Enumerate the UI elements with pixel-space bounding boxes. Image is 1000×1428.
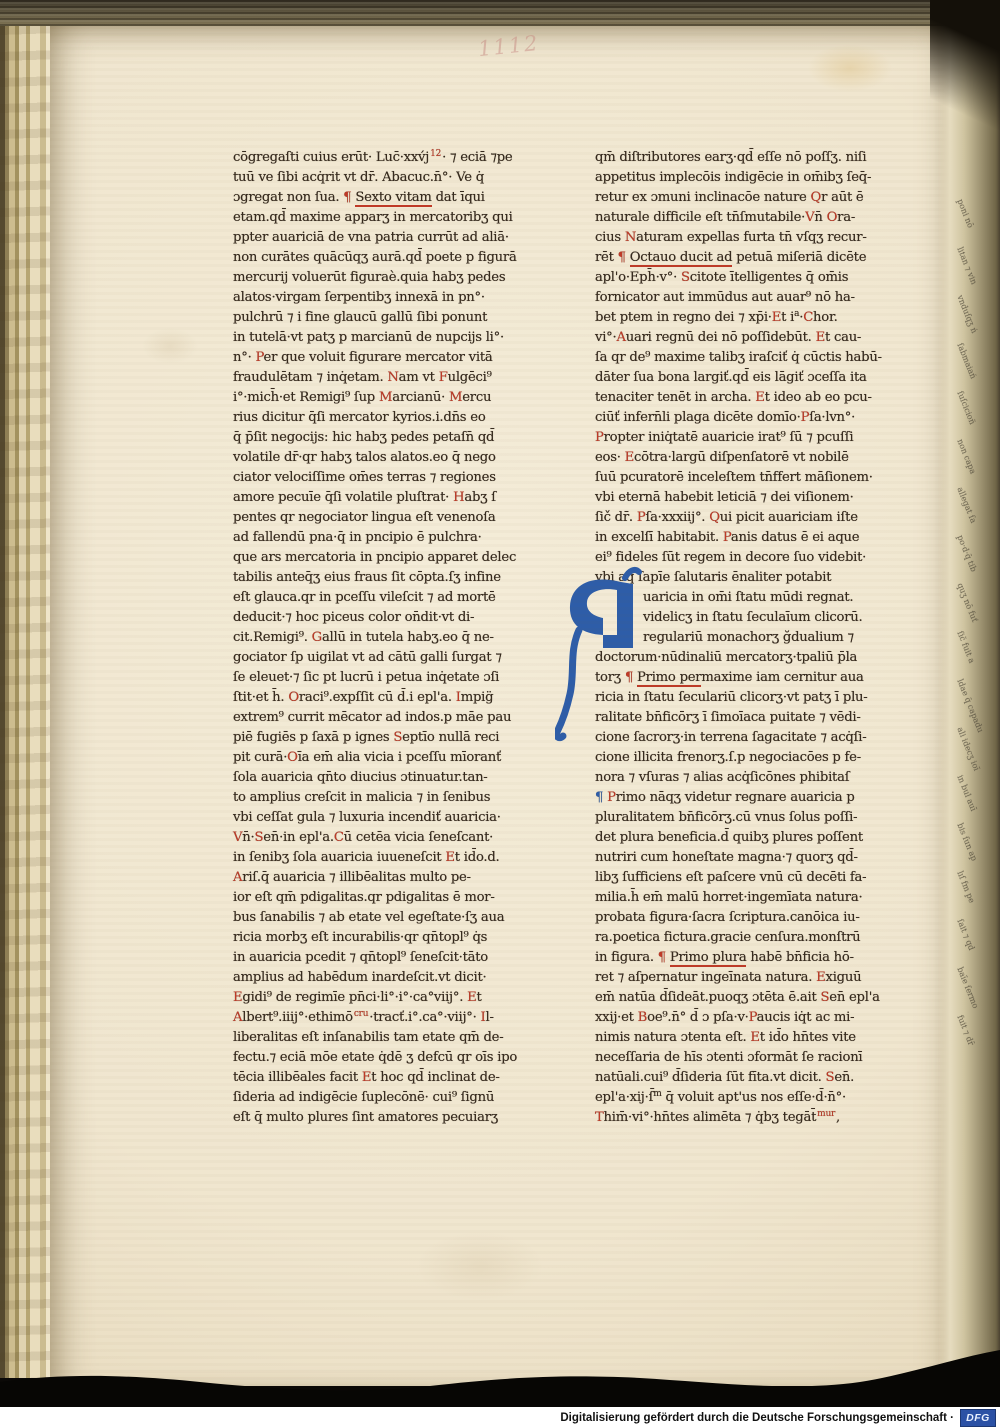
text-line: ɔgregat non ſua. ¶ Sexto vitam dat īqui bbox=[233, 188, 569, 208]
fore-edge-line: ali idecʒ ioī bbox=[954, 726, 983, 778]
text-line: tuū ve ſibi acq̇rit vt dr̄. Abacuc.n̄°· … bbox=[233, 168, 569, 188]
text-line: ppter auariciā de vna patria currūt ad a… bbox=[233, 228, 569, 248]
text-line: in ſenibʒ ſola auaricia iuueneſcit Et id… bbox=[233, 848, 569, 868]
text-line: alatos·virgam ſerpentibʒ innexā in pn°· bbox=[233, 288, 569, 308]
text-line: piē fugiēs p ſaxā p ignes Septīo nullā r… bbox=[233, 728, 569, 748]
handwritten-folio-note: 1112 bbox=[477, 31, 541, 61]
text-line: ſič dr̄. Pſa·xxxiij°. Qui picit auaricia… bbox=[595, 508, 931, 528]
text-line: etam.qd̄ maxime apparʒ in mercatoribʒ qu… bbox=[233, 208, 569, 228]
text-line: pit curā·Oīa em̄ alia vicia i pceſſu mīo… bbox=[233, 748, 569, 768]
text-line: tabilis anteq̄ʒ eius fraus ſit cōpta.ſʒ … bbox=[233, 568, 569, 588]
text-line: nutriri cum honeſtate magna·⁊ quorʒ qd̄- bbox=[595, 848, 931, 868]
text-line: ret ⁊ aſpernatur ingeīnata natura. Exigu… bbox=[595, 968, 931, 988]
text-line: in auaricia pcedit ⁊ qn̄topl⁹ ſeneſcit·t… bbox=[233, 948, 569, 968]
photo-dark-corner bbox=[930, 0, 1000, 170]
text-line: Propter iniq̇tatē auaricie irat⁹ ſū ⁊ pc… bbox=[595, 428, 931, 448]
right-column-lower-lines: doctorum·nūdinaliū mercatorʒ·tpaliū p̄la… bbox=[595, 648, 931, 1128]
text-line: qm̄ diſtributores earʒ·qd̄ eſſe nō poſſʒ… bbox=[595, 148, 931, 168]
digitization-footer: Digitalisierung gefördert durch die Deut… bbox=[0, 1407, 1000, 1428]
text-line: tēcia illibēales facit Et hoc qd̄ inclin… bbox=[233, 1068, 569, 1088]
text-line: vbi aq̄ ſapīe ſalutaris ēnaliter potabit bbox=[595, 568, 931, 588]
text-line: dāter ſua bona largiť.qd̄ eis lāgiť ɔceſ… bbox=[595, 368, 931, 388]
text-line: pulchrū ⁊ i fine glaucū gallū ſibi ponun… bbox=[233, 308, 569, 328]
text-line: doctorum·nūdinaliū mercatorʒ·tpaliū p̄la bbox=[595, 648, 931, 668]
text-line: to amplius creſcit in malicia ⁊ in ſenib… bbox=[233, 788, 569, 808]
text-line: vbi eternā habebit leticiā ⁊ dei viſione… bbox=[595, 488, 931, 508]
text-line: apl'o·Eph̄·v°· Scitote ītelligentes q̄ o… bbox=[595, 268, 931, 288]
text-line: q̄ p̄ſit negocijs: hic habʒ pedes petaſn… bbox=[233, 428, 569, 448]
text-line: rēt ¶ Octauo ducit ad petuā miſeriā dicē… bbox=[595, 248, 931, 268]
text-line: ¶ Primo nāqʒ videtur regnare auaricia p bbox=[595, 788, 931, 808]
text-line: vi°·Auari regnū dei nō poſſidebūt. Et ca… bbox=[595, 328, 931, 348]
initial-indented-lines: uaricia in om̄i ſtatu mūdi regnat.videli… bbox=[595, 588, 931, 648]
fore-edge-line: non capa bbox=[954, 438, 983, 490]
text-line: eſt glauca.qr in pceſſu vileſcit ⁊ ad mo… bbox=[233, 588, 569, 608]
text-line: naturale difficile eſt tn̄ſmutabile·Vn̄ … bbox=[595, 208, 931, 228]
right-text-column: qm̄ diſtributores earʒ·qd̄ eſſe nō poſſʒ… bbox=[595, 148, 931, 1128]
text-line: ior eſt qm̄ pdigalitas.qr pdigalitas ē m… bbox=[233, 888, 569, 908]
illuminated-initial-block: uaricia in om̄i ſtatu mūdi regnat.videli… bbox=[595, 588, 931, 648]
text-line: i°·mich̄·et Remigi⁹ ſup Marcianū· Mercu bbox=[233, 388, 569, 408]
text-line: eſt q̄ multo plures ſint amatores pecuia… bbox=[233, 1108, 569, 1128]
text-line: ſuū pcuratorē inceleſtem tn̄ffert māſion… bbox=[595, 468, 931, 488]
text-line: deducit·⁊ hoc piceus color on̄dit·vt di- bbox=[233, 608, 569, 628]
text-line: uaricia in om̄i ſtatu mūdi regnat. bbox=[595, 588, 931, 608]
fore-edge-line: lıſ fm pe bbox=[954, 870, 983, 922]
fore-edge-line: quʒ nō fuť bbox=[954, 582, 983, 634]
fore-edge-line: ſič fuit a bbox=[954, 630, 983, 682]
manuscript-page: 1112 cōgregaſti cuius erūt· Luc̄·xxv́j12… bbox=[50, 26, 950, 1386]
text-line: ſola auaricia qn̄to diucius ɔtinuatur.ta… bbox=[233, 768, 569, 788]
text-line: cione ſacrorʒ·in terrena ſagacitate ⁊ ac… bbox=[595, 728, 931, 748]
text-line: Albert⁹.iiij°·ethimōcru·tracť.i°.ca°·vii… bbox=[233, 1008, 569, 1028]
text-line: pentes qr negociator lingua eſt venenoſa bbox=[233, 508, 569, 528]
text-line: probata figura·ſacra ſcriptura.canōica i… bbox=[595, 908, 931, 928]
text-line: tenaciter tenēt in archa. Et ideo ab eo … bbox=[595, 388, 931, 408]
text-line: libʒ ſufficiens eſt paſcere vnū cū decēt… bbox=[595, 868, 931, 888]
text-line: ad fallendū pna·q̄ in pncipio ē pulchra· bbox=[233, 528, 569, 548]
text-line: cius Naturam expellas furta tn̄ vſqʒ rec… bbox=[595, 228, 931, 248]
text-line: extrem⁹ currit mēcator ad indos.p māe pa… bbox=[233, 708, 569, 728]
next-page-fore-edge: poni nōlitan ⁊ vinvnduſqʒ ńſabmaiańſuſci… bbox=[938, 26, 1000, 1386]
fore-edge-line: bis ſun ap bbox=[954, 822, 983, 874]
text-line: nimis natura ɔtenta eſt. Et id̄o hn̄tes … bbox=[595, 1028, 931, 1048]
text-line: em̄ natūa d̄ſideāt.puoqʒ ɔtēta ē.ait Sen… bbox=[595, 988, 931, 1008]
fore-edge-line: vnduſqʒ ń bbox=[954, 294, 983, 346]
fore-edge-line: litan ⁊ vin bbox=[954, 246, 983, 298]
text-line: ciūť infern̄li plaga dicēte domīo·Pſa·lv… bbox=[595, 408, 931, 428]
text-line: torʒ ¶ Primo permaxime iam cernitur aua bbox=[595, 668, 931, 688]
page-bottom-shadow bbox=[0, 1336, 1000, 1408]
fore-edge-angled-text: poni nōlitan ⁊ vinvnduſqʒ ńſabmaiańſuſci… bbox=[946, 176, 998, 1078]
text-line: pluralitatem bn̄ficōrʒ.cū vnus ſolus poſ… bbox=[595, 808, 931, 828]
fore-edge-line: ſabmaiań bbox=[954, 342, 983, 394]
text-line: neceſſaria de hīs ɔtenti ɔformāt ſe raci… bbox=[595, 1048, 931, 1068]
text-line: in excelſī habitabit. Panis datus ē ei a… bbox=[595, 528, 931, 548]
text-line: Egidi⁹ de regimīe pn̄ci·li°·i°·ca°viij°.… bbox=[233, 988, 569, 1008]
text-line: rius dicitur q̄ſi mercator kyrios.i.dn̄s… bbox=[233, 408, 569, 428]
text-line: ricia in ſtatu ſeculariū clicorʒ·vt patʒ… bbox=[595, 688, 931, 708]
text-line: milia.h̄ em̄ malū horret·ingemīata natur… bbox=[595, 888, 931, 908]
text-line: Thim̄·vi°·hn̄tes alimēta ⁊ q̇bʒ tegāt̄mu… bbox=[595, 1108, 931, 1128]
fore-edge-line: in bul auī bbox=[954, 774, 983, 826]
text-line: vbi ceſſat gula ⁊ luxuria incendiť auari… bbox=[233, 808, 569, 828]
text-line: ſideria ad indigēcie ſuplecōnē· cui⁹ ſig… bbox=[233, 1088, 569, 1108]
text-line: ſtit·et h̄. Oraci⁹.expſſit cū d̄.i epl'a… bbox=[233, 688, 569, 708]
text-line: liberalitas eſt inſanabilis tam etate qm… bbox=[233, 1028, 569, 1048]
fore-edge-line: fuit ⁊ dr̄ bbox=[954, 1014, 983, 1066]
text-line: fraudulētam ⁊ inq̇etam. Nam vt Fulgēci⁹ bbox=[233, 368, 569, 388]
book-binding-gutter bbox=[0, 26, 56, 1378]
text-line: bus ſanabilis ⁊ ab etate vel egeſtate·ſʒ… bbox=[233, 908, 569, 928]
text-line: retur ex ɔmuni inclinacōe nature Qr aūt … bbox=[595, 188, 931, 208]
text-line: fectu.⁊ eciā mōe etate q̇dē ʒ defcū qr o… bbox=[233, 1048, 569, 1068]
fore-edge-line: ſuſcicioñ bbox=[954, 390, 983, 442]
text-line: bet ptem in regno dei ⁊ xp̄i·Et ia·Chor. bbox=[595, 308, 931, 328]
text-line: amore pecuīe q̄ſi volatile pluſtrat· Hab… bbox=[233, 488, 569, 508]
text-line: videlicʒ in ſtatu ſeculaīum clicorū. bbox=[595, 608, 931, 628]
text-line: volatile dr̄·qr habʒ talos alatos.eo q̄ … bbox=[233, 448, 569, 468]
text-line: ricia morbʒ eſt incurabilis·qr qn̄topl⁹ … bbox=[233, 928, 569, 948]
text-line: cit.Remigi⁹. Gallū in tutela habʒ.eo q̄ … bbox=[233, 628, 569, 648]
text-line: in tutelā·vt patʒ p marcianū de nupcijs … bbox=[233, 328, 569, 348]
text-line: n°· Per que voluit figurare mercator vit… bbox=[233, 348, 569, 368]
dfg-logo: DFG bbox=[960, 1409, 996, 1427]
text-line: appetitus implecōis indigēcie in om̄ibʒ … bbox=[595, 168, 931, 188]
text-line: nora ⁊ vſuras ⁊ alias acq̇ſicōnes phibit… bbox=[595, 768, 931, 788]
text-line: ralitate bn̄ficōrʒ ī ſimoīaca puitate ⁊ … bbox=[595, 708, 931, 728]
text-line: eos· Ecōtra·largū diſpenſatorē vt nobilē bbox=[595, 448, 931, 468]
text-line: regulariū monachorʒ ğdualium ⁊ bbox=[595, 628, 931, 648]
fore-edge-line: ſait ⁊ qd bbox=[954, 918, 983, 970]
right-column-upper-lines: qm̄ diſtributores earʒ·qd̄ eſſe nō poſſʒ… bbox=[595, 148, 931, 588]
fore-edge-line: poni nō bbox=[954, 198, 983, 250]
text-line: Vn̄·Sen̄·in epl'a.Cū cetēa vicia ſeneſca… bbox=[233, 828, 569, 848]
text-line: epl'a·xij·ſ̄m q̄ voluit apt'us nos eſſe·… bbox=[595, 1088, 931, 1108]
text-line: in figura. ¶ Primo plura habē bn̄ficia h… bbox=[595, 948, 931, 968]
text-line: non curātes quācūqʒ aurā.qd̄ poete p fig… bbox=[233, 248, 569, 268]
text-line: ei⁹ fideles ſūt regem in decore ſuo vide… bbox=[595, 548, 931, 568]
fore-edge-line: ldae q̄ capadu bbox=[954, 678, 983, 730]
fore-edge-line: allegat ſa bbox=[954, 486, 983, 538]
text-line: xxij·et Boe⁹.n̄° d̄ ɔ pſa·v·Paucis iq̇t … bbox=[595, 1008, 931, 1028]
text-line: ra.poetica fictura.gracie cenſura.monſtr… bbox=[595, 928, 931, 948]
fore-edge-line: po·d·q̄ tib bbox=[954, 534, 983, 586]
text-line: fornicator aut immūdus aut auar⁹ nō ha- bbox=[595, 288, 931, 308]
left-text-column: cōgregaſti cuius erūt· Luc̄·xxv́j12· ⁊ e… bbox=[233, 148, 569, 1128]
text-line: cione illicita frenorʒ.ſ.p negociacōes p… bbox=[595, 748, 931, 768]
text-line: det plura beneficia.d̄ quibʒ plures poſſ… bbox=[595, 828, 931, 848]
text-line: ciator velociſſime om̄es terras ⁊ region… bbox=[233, 468, 569, 488]
text-line: que ars mercatoria in pncipio apparet de… bbox=[233, 548, 569, 568]
text-line: ſe eleuet·⁊ ſic pt lucrū i petua inq̇eta… bbox=[233, 668, 569, 688]
text-line: Ariſ.q̄ auaricia ⁊ illibēalitas multo pe… bbox=[233, 868, 569, 888]
text-line: mercurij voluerūt figuraè.quia habʒ pede… bbox=[233, 268, 569, 288]
digitization-credit-text: Digitalisierung gefördert durch die Deut… bbox=[560, 1412, 954, 1424]
text-line: cōgregaſti cuius erūt· Luc̄·xxv́j12· ⁊ e… bbox=[233, 148, 569, 168]
text-line: ſa qr de⁹ maxime talibʒ iraſciť q̇ cūcti… bbox=[595, 348, 931, 368]
text-line: gociator ſp uigilat vt ad cātū galli ſur… bbox=[233, 648, 569, 668]
text-line: amplius ad habēdum inardeſcit.vt dicit· bbox=[233, 968, 569, 988]
scanned-manuscript-photo: 1112 cōgregaſti cuius erūt· Luc̄·xxv́j12… bbox=[0, 0, 1000, 1428]
text-line: natūali.cui⁹ d̄ſideria ſūt fīta.vt dicit… bbox=[595, 1068, 931, 1088]
fore-edge-line: baīe ſermo bbox=[954, 966, 983, 1018]
